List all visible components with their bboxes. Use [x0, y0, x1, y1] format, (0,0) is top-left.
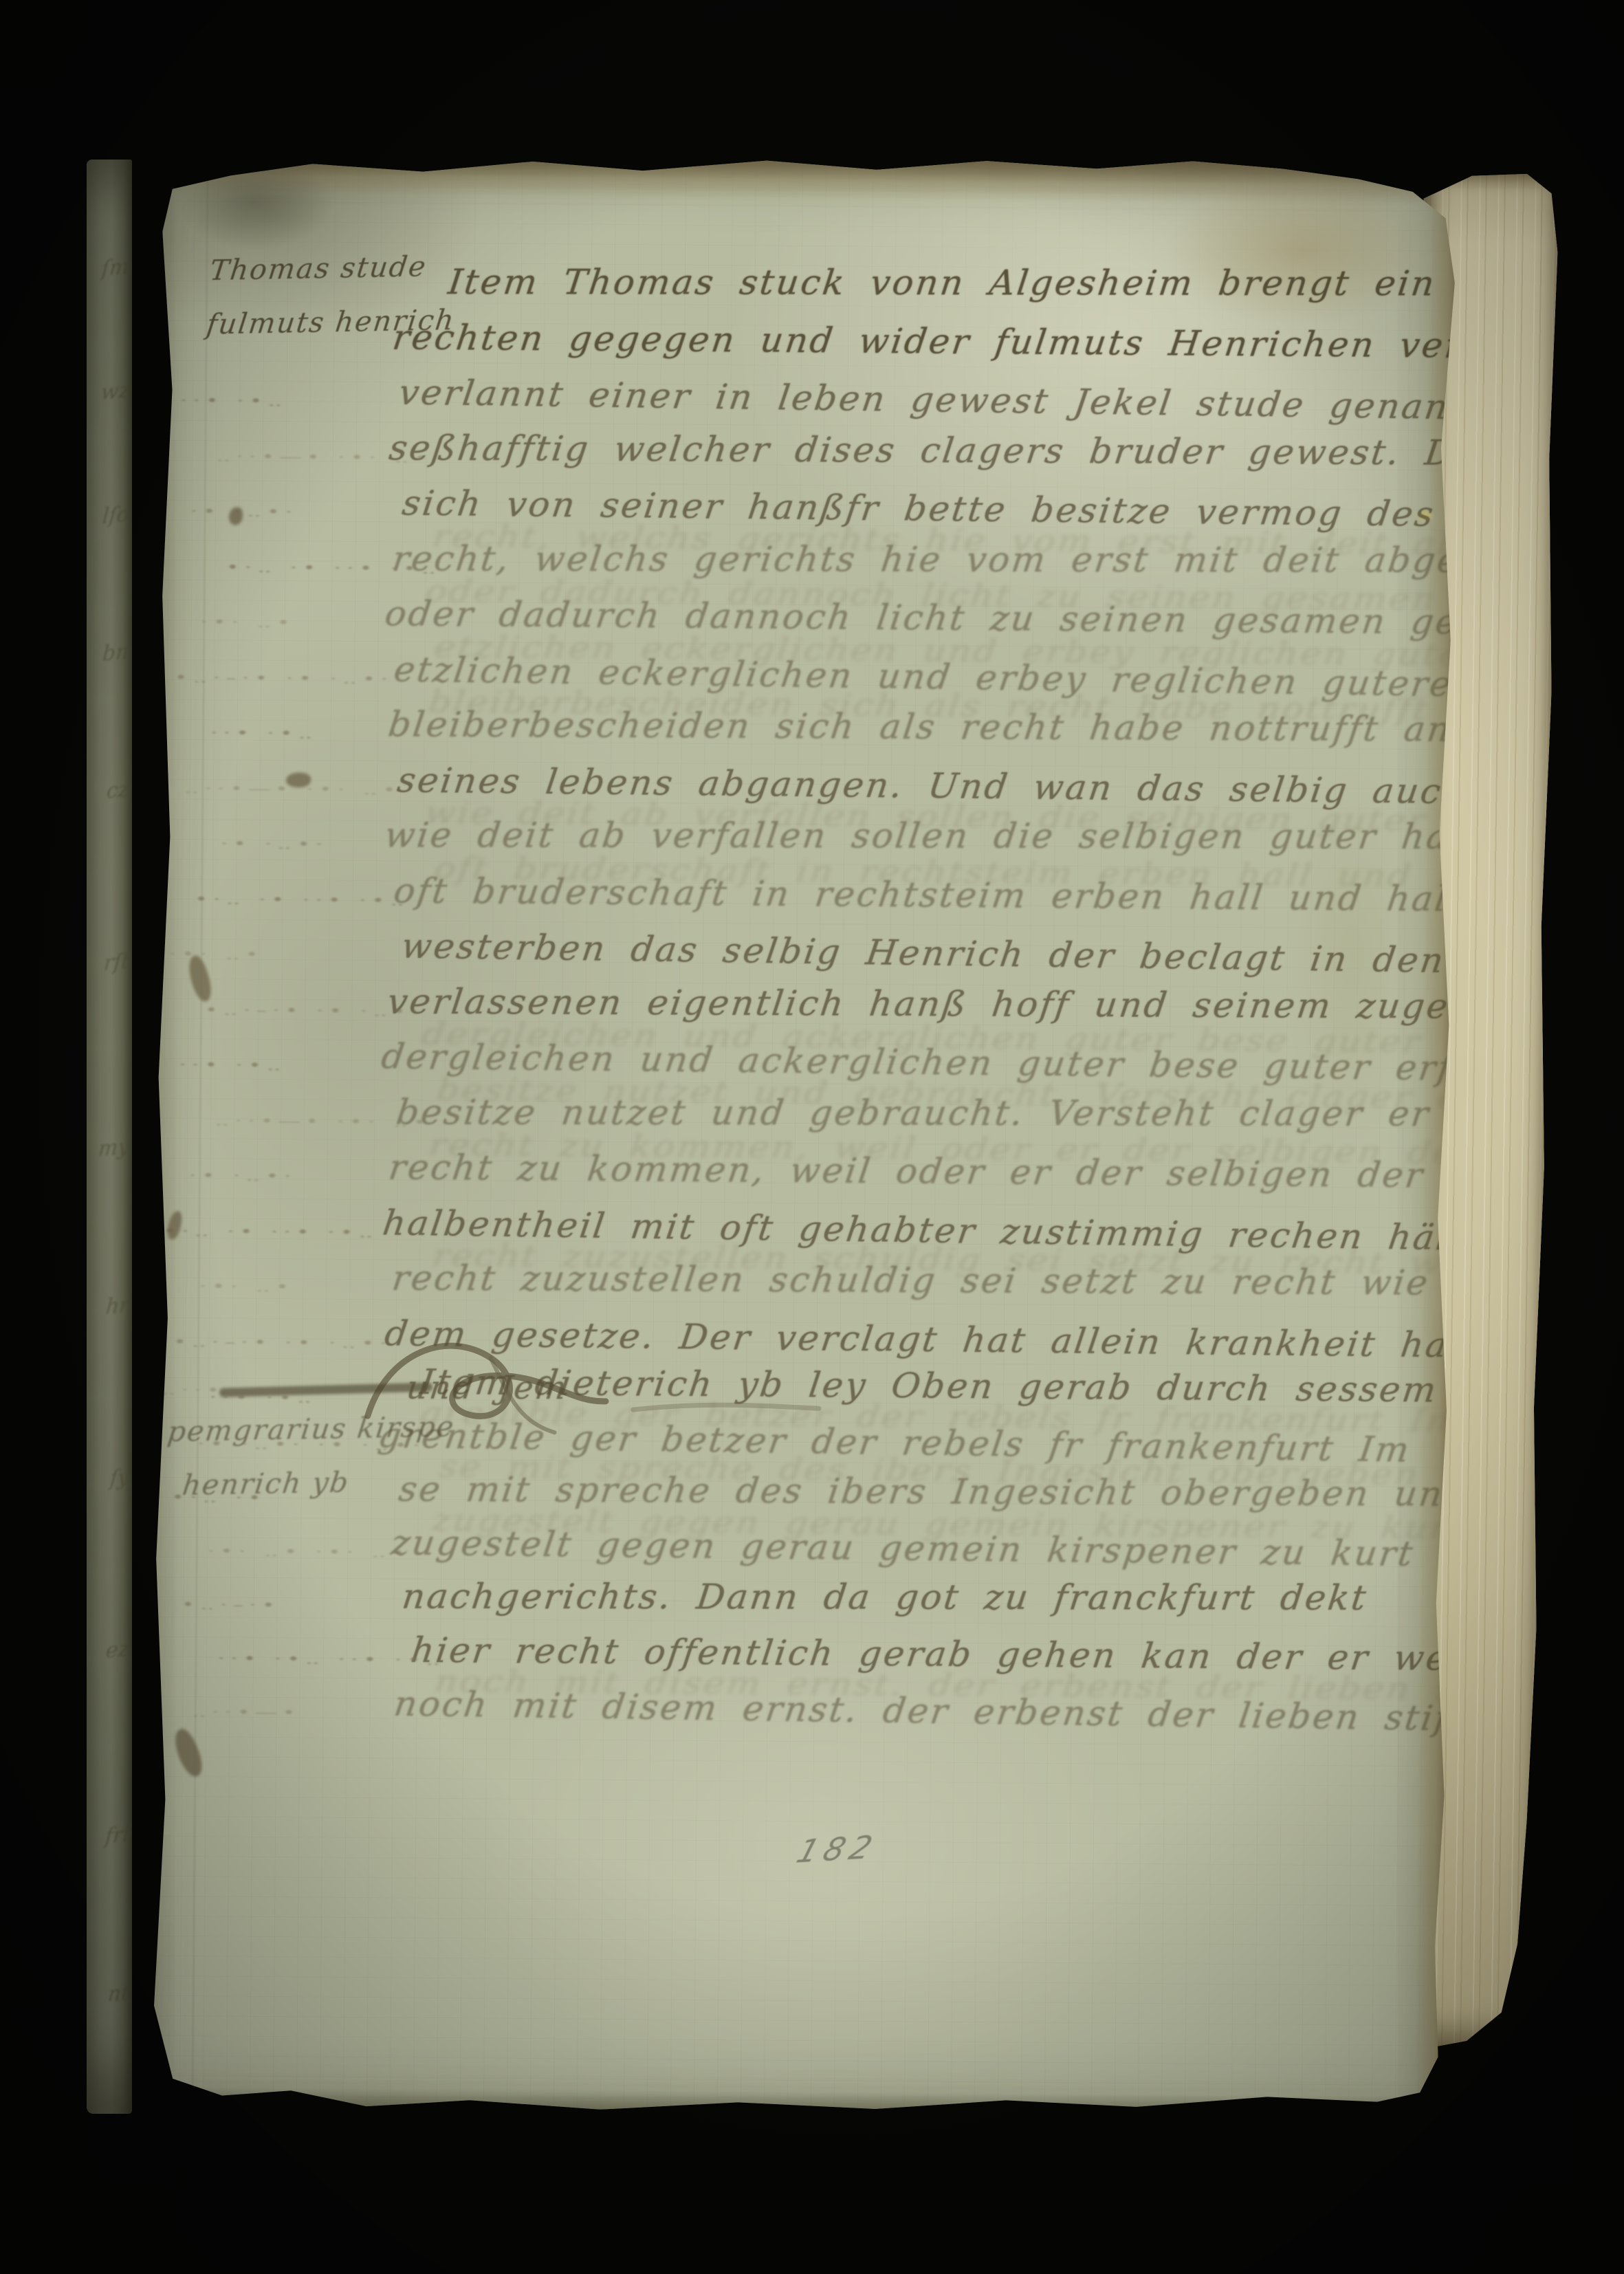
margin-ink-blot: ··• ·•‥ ··• ·•‥	[218, 1650, 446, 1669]
manuscript-line: verlannt einer in leben gewest Jekel stu…	[397, 372, 1603, 429]
margin-ink-blot: •‥·–·•	[182, 1596, 281, 1614]
margin-ink-blot: ·• ·‥•·	[189, 1167, 297, 1185]
margin-ink-blot: ·• ·‥•· ·• ·‥•·	[197, 1435, 426, 1454]
gutter-page-fragment: hr	[105, 1293, 131, 1319]
margin-ink-blot: ‥··•―• ·•· ‥•	[217, 448, 433, 467]
margin-ink-blot: ·•· ‥•	[201, 613, 296, 631]
margin-note-top: Thomas stude fulmuts henrich	[148, 149, 1461, 160]
page-bottom-shadow	[133, 2086, 1446, 2125]
margin-ink-blot: ·• ·‥•·	[190, 503, 298, 521]
deckle-top-edge	[148, 149, 1461, 205]
facing-page-edge: ſmwzlſobnczrſtmyhrſyezfrint	[87, 160, 132, 2114]
margin-ink-blot: •·‥ ·•	[172, 1489, 267, 1507]
margin-ink-blot: •‥·–·• ·• ·‥•·	[205, 1001, 424, 1020]
manuscript-line: Item Thomas stuck vonn Algesheim brengt …	[446, 262, 1622, 304]
margin-ink-blot: ·•· ‥•	[199, 1278, 294, 1295]
manuscript-line: wie deit ab verfallen sollen die selbige…	[382, 815, 1490, 856]
margin-note-mid: pemgrarius kirspe henrich yb	[148, 149, 1461, 160]
margin-ink-blot: •‥·–·• ·• ·‥•·	[175, 668, 394, 688]
margin-ink-blot: ‥··•―• ·•· ‥•	[215, 1112, 432, 1131]
manuscript-line: recht zuzustellen schuldig sei setzt zu …	[390, 1258, 1561, 1303]
margin-ink-blot: •·‥ ·• ··• ·•‥	[226, 558, 441, 578]
margin-ink-blot: ··• ·•‥	[179, 1056, 287, 1074]
manuscript-page: Thomas stude fulmuts henrich pemgrarius …	[133, 149, 1461, 2126]
gutter-page-fragment: cz	[106, 777, 131, 803]
ink-blob	[229, 507, 243, 525]
manuscript-line: bleiberbescheiden sich als recht habe no…	[386, 704, 1552, 750]
manuscript-photo: ſmwzlſobnczrſtmyhrſyezfrint Thomas stude…	[0, 0, 1624, 2274]
gutter-page-fragment: rſt	[102, 949, 130, 976]
margin-ink-blot: ·• ·‥•·	[221, 835, 329, 853]
margin-ink-blot: •‥·–·• ·• ·‥•·	[174, 1333, 393, 1352]
margin-ink-blot: •·‥ ·• ··• ·•‥	[195, 890, 410, 910]
margin-ink-blot: ··• ·•‥	[210, 724, 318, 742]
margin-ink-blot: ·•· ‥•	[169, 945, 264, 963]
manuscript-line: westerben das selbig Henrich der beclagt…	[399, 926, 1590, 983]
gutter-page-fragment: lſo	[102, 502, 131, 529]
margin-ink-blot: ·•· ‥• ·•· ‥•	[208, 1542, 410, 1562]
margin-ink-blot: •·‥ ·• ··• ·•‥	[164, 1222, 379, 1241]
gutter-page-fragment: ez	[105, 1637, 131, 1663]
vertical-crease	[192, 149, 208, 2116]
manuscript-line: rechten gegegen und wider fulmuts Henric…	[391, 317, 1559, 366]
margin-ink-blot: ‥··•―•	[162, 1381, 271, 1399]
gutter-page-fragment: bn	[102, 639, 130, 666]
folio-number: 182	[792, 1828, 882, 1870]
margin-ink-blot: ··• ·•‥	[180, 392, 288, 410]
manuscript-line: nachgerichts. Dann da got zu franckfurt …	[400, 1577, 1370, 1618]
ink-blob	[169, 1726, 208, 1780]
gutter-page-fragment: wz	[100, 378, 130, 405]
gutter-page-fragment: ſm	[101, 254, 131, 281]
gutter-page-fragment: my	[97, 1135, 130, 1161]
manuscript-line: seßhafftig welcher dises clagers bruder …	[387, 428, 1596, 473]
margin-note-line: Thomas stude	[208, 250, 428, 287]
gutter-page-fragment: ſy	[109, 1465, 130, 1491]
gutter-page-fragment: fri	[104, 1822, 130, 1848]
manuscript-line: recht zu kommen, weil oder er der selbig…	[386, 1147, 1537, 1196]
margin-ink-blot: ‥··•―•	[192, 1703, 301, 1721]
gutter-page-fragment: nt	[107, 1980, 130, 2007]
